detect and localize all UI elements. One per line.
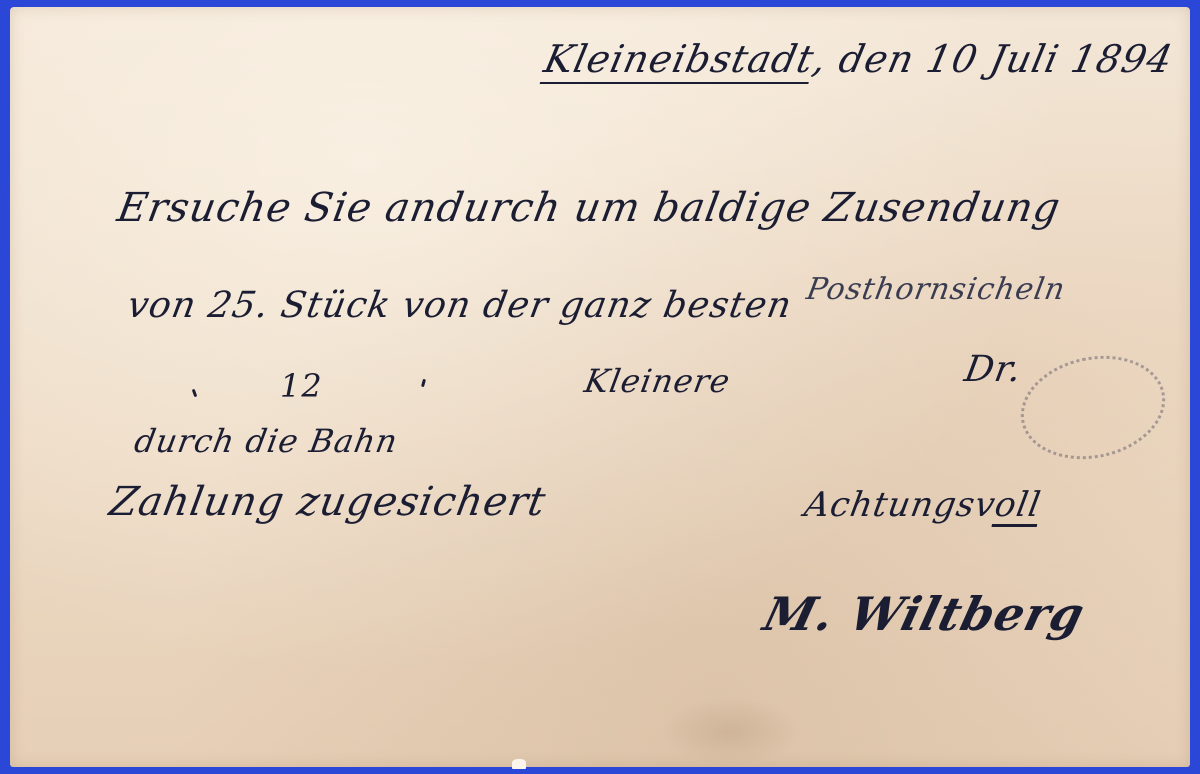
- stain: [660, 697, 800, 767]
- body-line-4: durch die Bahn: [132, 422, 401, 460]
- postmark-stamp: [1011, 343, 1175, 472]
- ditto-mark: [192, 389, 198, 398]
- body-line-2-text: von 25. Stück von der ganz besten: [124, 285, 807, 326]
- body-line-1: Ersuche Sie andurch um baldige Zusendung: [114, 185, 1064, 231]
- place-name: Kleineibstadt: [540, 37, 818, 81]
- date: , den 10 Juli 1894: [809, 37, 1177, 81]
- body-line-2-insert: Posthornsicheln: [804, 272, 1068, 307]
- postcard: Kleineibstadt, den 10 Juli 1894 Ersuche …: [10, 7, 1190, 767]
- closing-text-underlined: oll: [992, 485, 1044, 525]
- signature: M. Wiltberg: [758, 587, 1090, 641]
- size-word: Kleinere: [582, 362, 734, 400]
- closing-text: Achtungsv: [801, 485, 998, 525]
- place-date-line: Kleineibstadt, den 10 Juli 1894: [540, 37, 1177, 81]
- quantity-number: 12: [280, 367, 323, 405]
- abbreviation: Dr.: [961, 349, 1025, 390]
- torn-edge: [512, 759, 526, 769]
- ditto-mark: [421, 379, 426, 388]
- body-line-5: Zahlung zugesichert: [106, 479, 550, 525]
- body-line-2: von 25. Stück von der ganz besten Postho…: [124, 285, 1066, 326]
- closing: Achtungsvoll: [801, 485, 1044, 525]
